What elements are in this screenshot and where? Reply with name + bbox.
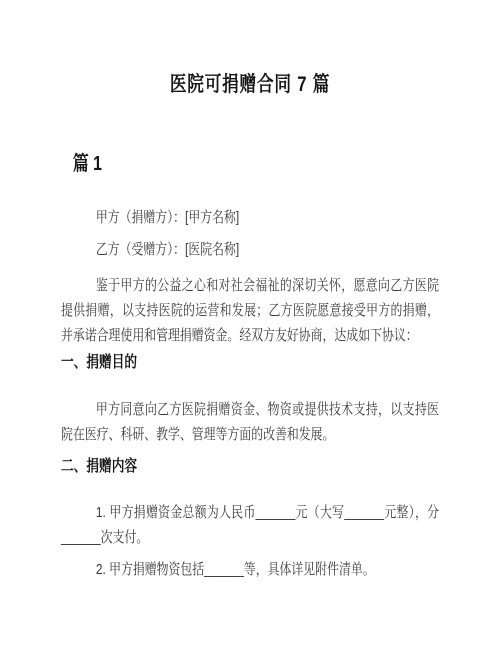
section-1-heading: 一、捐赠目的 <box>61 350 439 375</box>
party-b-line: 乙方（受赠方）：[医院名称] <box>61 237 439 262</box>
document-content: 医院可捐赠合同 7 篇 篇 1 甲方（捐赠方）：[甲方名称] 乙方（受赠方）：[… <box>61 0 439 582</box>
part-1-heading: 篇 1 <box>61 152 439 177</box>
preamble-paragraph: 鉴于甲方的公益之心和对社会福祉的深切关怀，愿意向乙方医院提供捐赠，以支持医院的运… <box>61 273 439 348</box>
section-1-body: 甲方同意向乙方医院捐赠资金、物资或提供技术支持，以支持医院在医疗、科研、教学、管… <box>61 397 439 447</box>
document-page: 医院可捐赠合同 7 篇 篇 1 甲方（捐赠方）：[甲方名称] 乙方（受赠方）：[… <box>0 0 502 649</box>
party-a-line: 甲方（捐赠方）：[甲方名称] <box>61 205 439 230</box>
section-2-heading: 二、捐赠内容 <box>61 454 439 479</box>
section-2-item-1: 1. 甲方捐赠资金总额为人民币______元（大写______元整），分____… <box>61 500 439 550</box>
section-2-item-2: 2. 甲方捐赠物资包括______等，具体详见附件清单。 <box>61 557 439 582</box>
document-title: 医院可捐赠合同 7 篇 <box>61 70 439 100</box>
